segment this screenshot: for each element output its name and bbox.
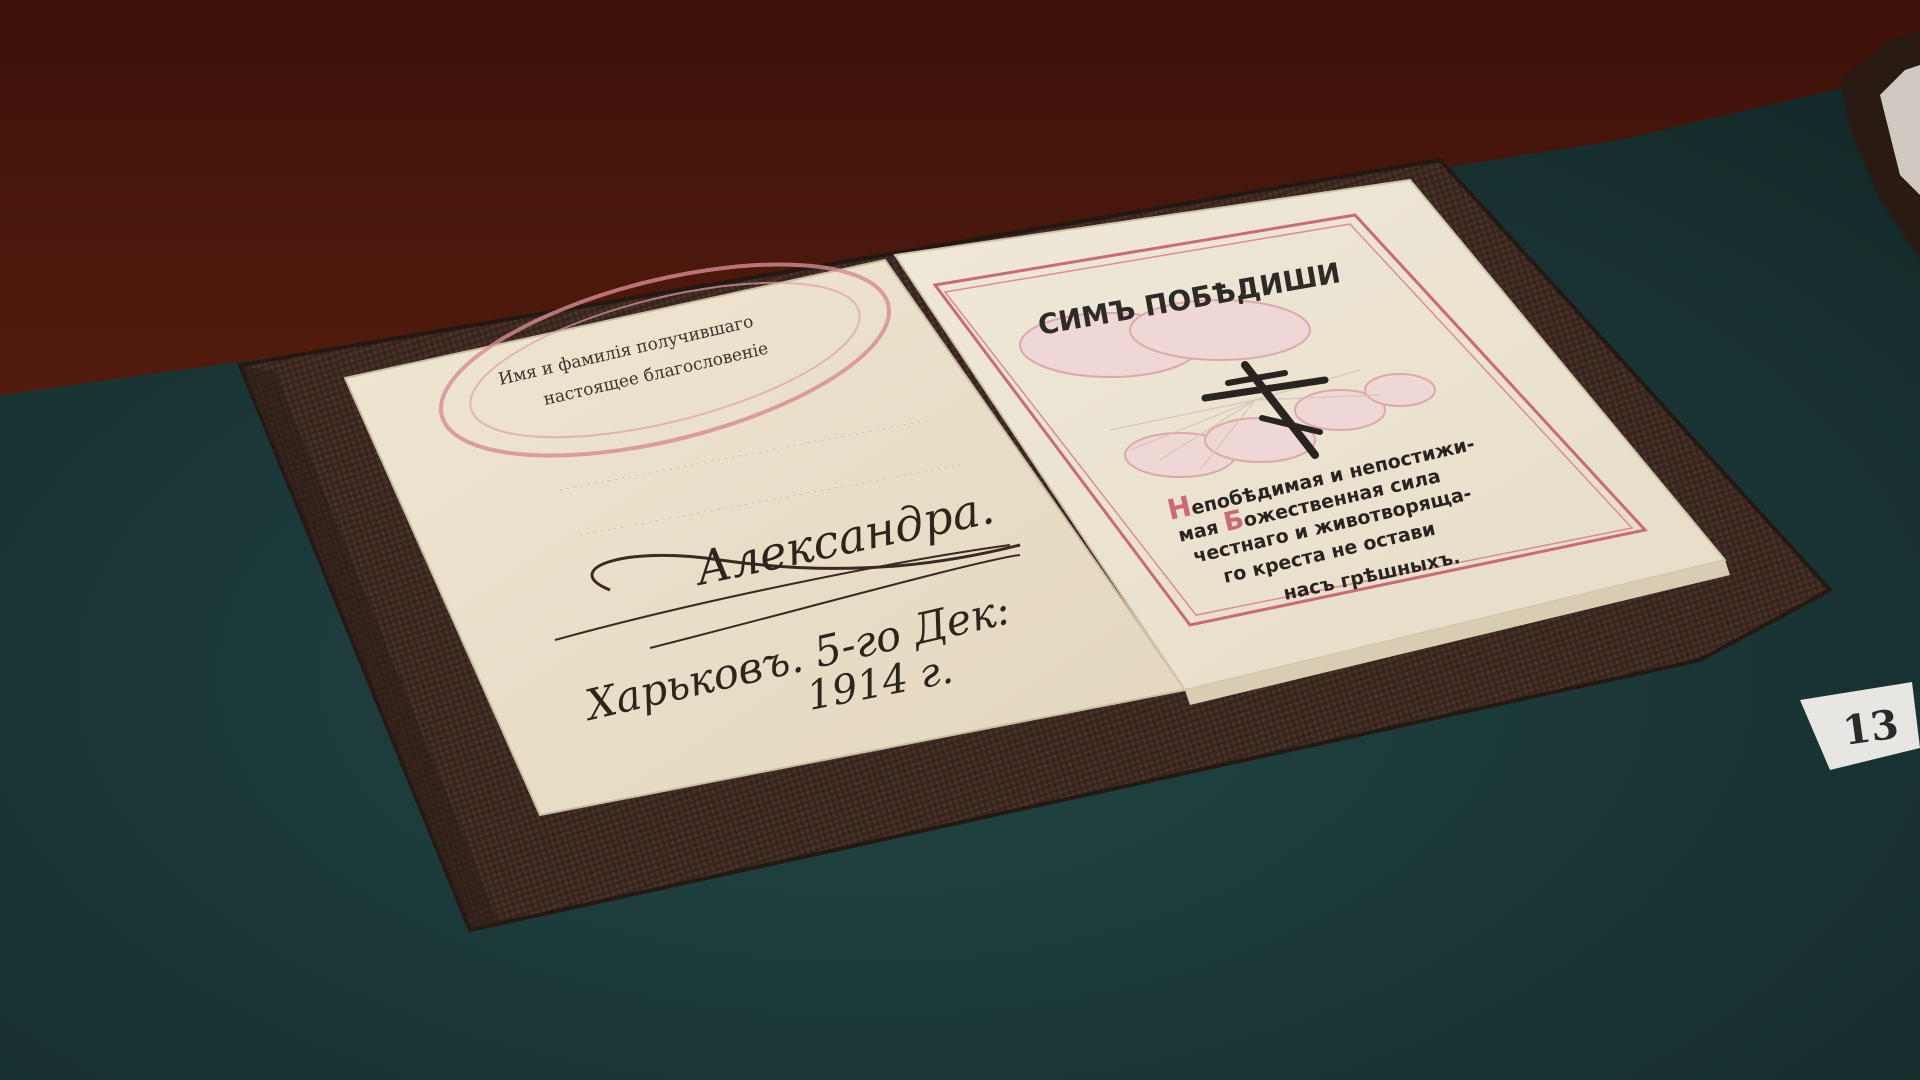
museum-display-scene: Имя и фамилія получившаго настоящее благ… <box>0 0 1920 1080</box>
photo-canvas: Имя и фамилія получившаго настоящее благ… <box>0 0 1920 1080</box>
svg-text:13: 13 <box>1840 701 1902 755</box>
